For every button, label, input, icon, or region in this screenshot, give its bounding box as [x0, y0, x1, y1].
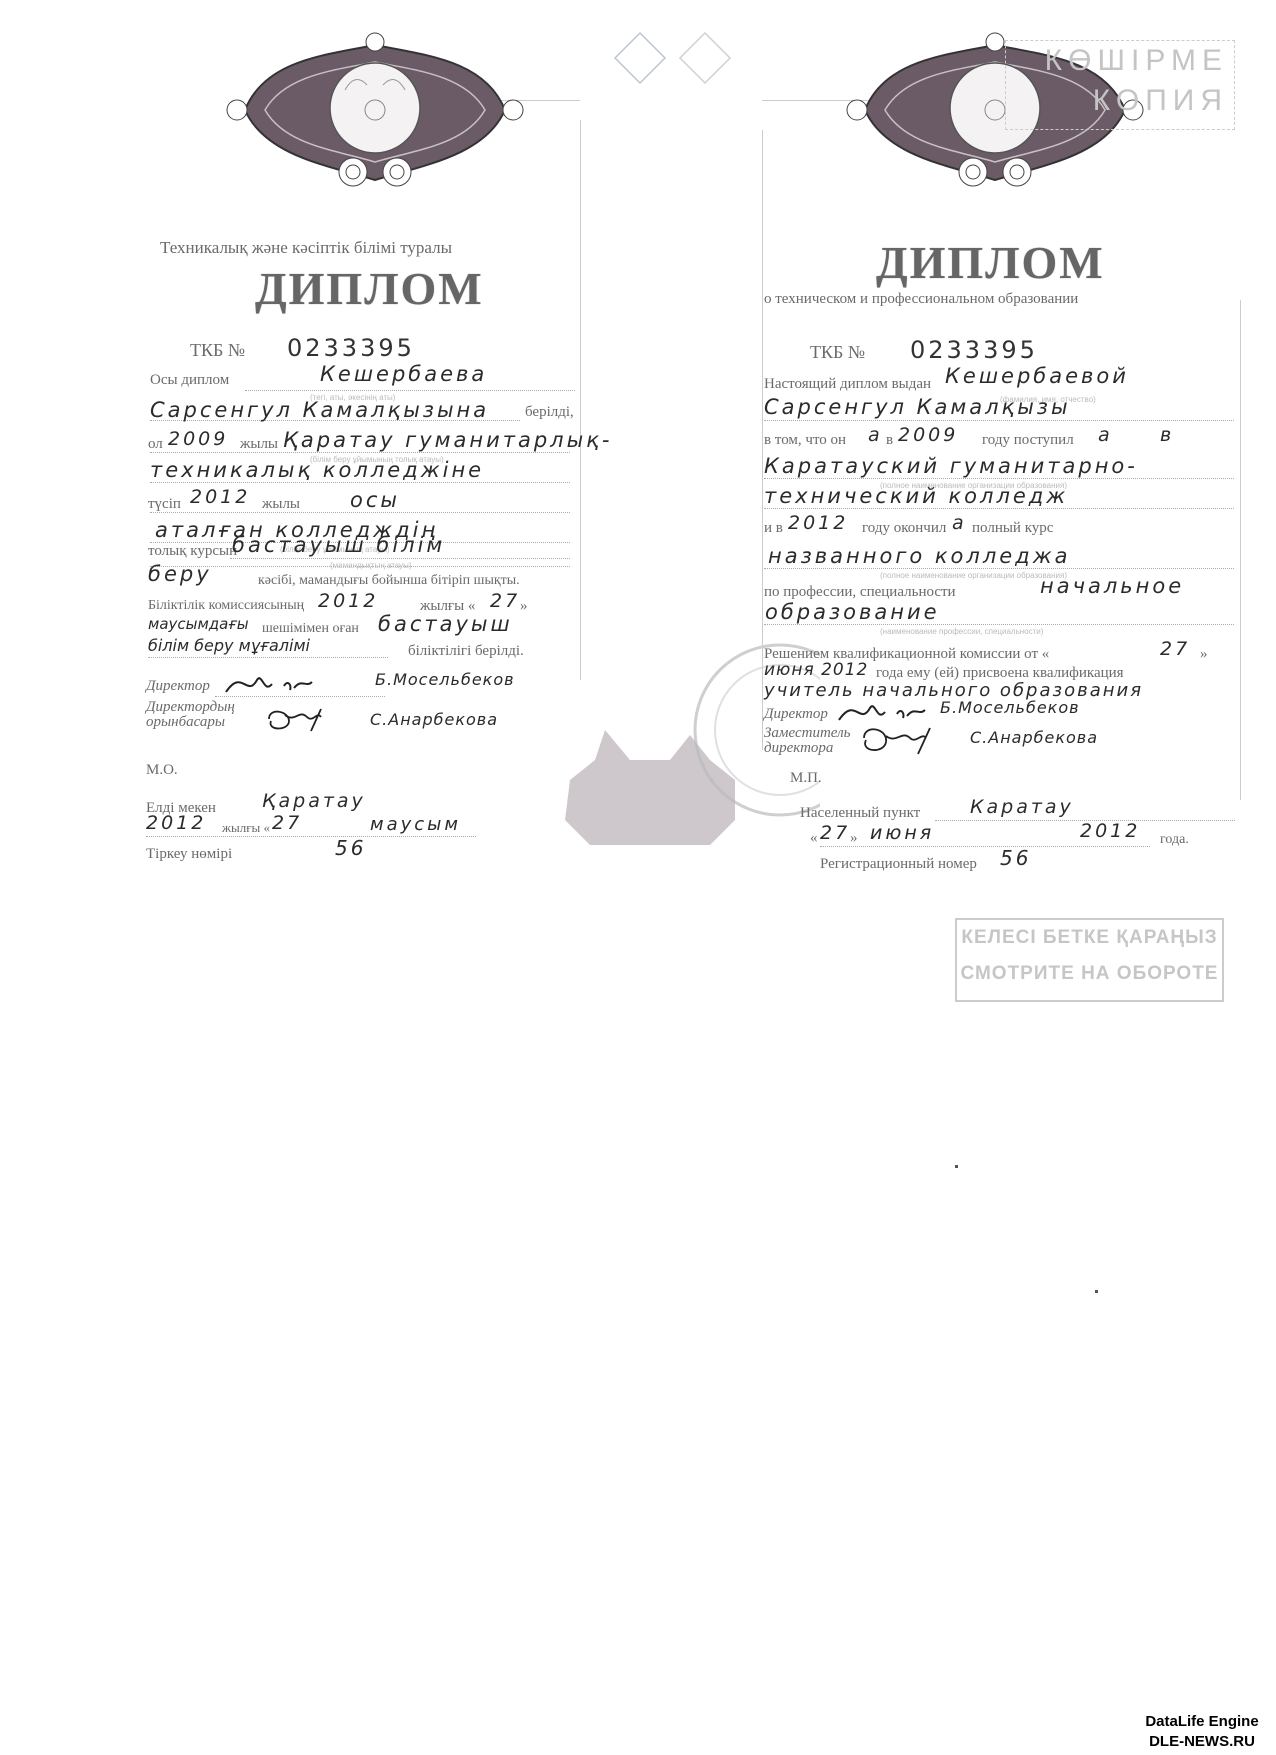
watermark-line2: DLE-NEWS.RU [1128, 1732, 1276, 1752]
left-date-month: маусым [370, 814, 461, 835]
right-entered-label: году поступил [982, 432, 1074, 449]
left-specialty-suffix: кәсібі, мамандығы бойынша бітіріп шықты. [258, 573, 520, 589]
left-decision-label: шешімімен оған [262, 621, 359, 637]
left-date-year-label: жылғы « [222, 820, 270, 836]
left-commission-year: 2012 [318, 590, 378, 612]
left-year-finish: 2012 [190, 486, 250, 508]
right-page-border-right [1240, 300, 1241, 800]
fill-line [230, 558, 570, 559]
left-full-course-label: толық курсын [148, 543, 237, 560]
left-deputy-label: Директордың орынбасары [146, 700, 235, 730]
left-commission-day-close: » [520, 598, 528, 615]
left-series-number: 0233395 [287, 334, 415, 362]
site-watermark: DataLife Engine DLE-NEWS.RU [1128, 1712, 1276, 1752]
right-deputy-label-line1: Заместитель [764, 726, 850, 741]
right-page-border [762, 130, 763, 750]
left-deputy-label-line2: орынбасары [146, 715, 235, 730]
left-qualification-line1: бастауыш [378, 612, 513, 636]
left-place-value: Қаратау [262, 790, 366, 812]
left-specialty-line1: бастауыш білім [232, 533, 445, 557]
right-series-number: 0233395 [910, 336, 1038, 364]
fill-line [820, 846, 1150, 847]
right-director-label: Директор [764, 706, 828, 723]
right-date-year-label: года. [1160, 832, 1189, 848]
left-entered-label: түсіп [148, 496, 181, 513]
right-date-year: 2012 [1080, 820, 1140, 842]
right-director-name: Б.Мосельбеков [940, 698, 1080, 717]
fill-line [764, 508, 1234, 509]
left-first-patronymic: Сарсенгул Камалқызына [150, 398, 489, 422]
left-qualification-suffix: біліктілігі берілді. [408, 643, 524, 660]
right-in-label: в [886, 432, 893, 449]
right-hint-spec: (наименование профессии, специальности) [880, 627, 1043, 636]
right-gender-suffix: а [868, 424, 883, 446]
right-surname: Кешербаевой [945, 364, 1129, 388]
fill-line [148, 657, 388, 658]
watermark-line1: DataLife Engine [1128, 1712, 1276, 1732]
deputy-signature-icon [265, 705, 335, 733]
right-seal-label: М.П. [790, 770, 822, 787]
right-date-open: « [810, 830, 818, 847]
right-college-line2: технический колледж [764, 484, 1068, 508]
right-year-finish: 2012 [788, 512, 848, 534]
scan-speck [1095, 1290, 1098, 1293]
right-specialty-label: по профессии, специальности [764, 584, 956, 601]
fill-line [215, 696, 385, 697]
left-title: ДИПЛОМ [255, 262, 484, 315]
see-reverse-stamp-line1: КЕЛЕСІ БЕТКЕ ҚАРАҢЫЗ [957, 920, 1222, 956]
right-first-patronymic: Сарсенгул Камалқызы [764, 395, 1071, 419]
left-seal-label: М.О. [146, 762, 178, 779]
fill-line [146, 836, 476, 837]
left-hint-spec: (мамандықтың атауы) [330, 561, 412, 570]
right-named-line: названного колледжа [768, 544, 1070, 568]
fill-line [764, 478, 1234, 479]
state-emblem-ornament-icon [225, 30, 525, 205]
left-line1-label: Осы диплом [150, 372, 229, 389]
left-date-day: 27 [272, 812, 302, 834]
right-hint-org: (полное наименование организации образов… [880, 571, 1067, 580]
right-reg-value: 56 [1000, 846, 1031, 870]
see-reverse-stamp: КЕЛЕСІ БЕТКЕ ҚАРАҢЫЗ СМОТРИТЕ НА ОБОРОТЕ [955, 918, 1224, 1002]
left-ol-label: ол [148, 436, 163, 453]
left-date-year: 2012 [146, 812, 206, 834]
right-deputy-label: Заместитель директора [764, 726, 850, 756]
left-specialty-line2: беру [148, 562, 212, 586]
right-specialty-line2: образование [765, 600, 940, 624]
right-in-label2: в [1160, 424, 1174, 446]
left-issued-label: берілді, [525, 404, 574, 421]
right-place-label: Населенный пункт [800, 805, 920, 822]
fill-line [245, 390, 575, 391]
right-finished-prefix: и в [764, 520, 783, 537]
right-reg-label: Регистрационный номер [820, 856, 977, 873]
right-decision-day: 27 [1160, 638, 1190, 660]
left-deputy-label-line1: Директордың [146, 700, 235, 715]
see-reverse-stamp-line2: СМОТРИТЕ НА ОБОРОТЕ [957, 956, 1222, 992]
right-date-month: июня [870, 822, 934, 844]
left-college-line1: Қаратау гуманитарлық- [283, 428, 612, 452]
left-commission-month: маусымдағы [148, 615, 249, 633]
left-qualification-line2: білім беру мұғалімі [148, 636, 310, 655]
left-named-word: осы [350, 488, 400, 512]
right-specialty-line1: начальное [1040, 574, 1184, 598]
left-subtitle: Техникалық және кәсіптік білімі туралы [160, 238, 452, 258]
fill-line [150, 482, 570, 483]
right-place-value: Каратау [970, 796, 1074, 818]
left-deputy-name: С.Анарбекова [370, 710, 498, 729]
right-finished-label: году окончил [862, 520, 946, 537]
right-gender-suffix3: а [952, 512, 967, 534]
right-subtitle: о техническом и профессиональном образов… [764, 291, 1078, 308]
deputy-signature-icon [860, 724, 950, 758]
left-director-label: Директор [146, 678, 210, 695]
fill-line [150, 452, 570, 453]
right-decision-month-year: июня 2012 [764, 660, 868, 680]
director-signature-icon [222, 668, 322, 698]
right-series-label: ТКБ № [810, 342, 865, 363]
diamond-ornament-icon [595, 28, 735, 88]
right-date-day: 27 [820, 822, 850, 844]
left-reg-value: 56 [335, 836, 366, 860]
copy-stamp: КӨШІРМЕ КОПИЯ [1005, 40, 1235, 130]
fill-line [764, 420, 1234, 421]
right-in-that-label: в том, что он [764, 432, 846, 449]
fill-line [764, 568, 1234, 569]
left-year-label: жылы [240, 436, 278, 453]
left-surname: Кешербаева [320, 362, 487, 386]
right-deputy-label-line2: директора [764, 741, 850, 756]
fill-line [764, 624, 1234, 625]
right-issued-label: Настоящий диплом выдан [764, 376, 931, 393]
left-year-label2: жылы [262, 496, 300, 513]
copy-stamp-line1: КӨШІРМЕ [1006, 41, 1228, 81]
left-series-label: ТКБ № [190, 340, 245, 361]
left-page-border [580, 120, 581, 680]
fill-line [150, 512, 570, 513]
left-year-enter: 2009 [168, 428, 228, 450]
right-title: ДИПЛОМ [876, 236, 1105, 289]
copy-stamp-line2: КОПИЯ [1006, 81, 1228, 121]
right-deputy-name: С.Анарбекова [970, 728, 1098, 747]
director-signature-icon [835, 696, 930, 724]
right-date-close: » [850, 830, 858, 847]
left-commission-day: 27 [490, 590, 520, 612]
scan-speck [955, 1165, 958, 1168]
right-gender-suffix2: а [1098, 424, 1113, 446]
right-decision-close: » [1200, 646, 1208, 663]
right-year-enter: 2009 [898, 424, 958, 446]
left-college-line2: техникалық колледжіне [150, 458, 484, 482]
right-college-line1: Каратауский гуманитарно- [764, 454, 1138, 478]
left-commission-label: Біліктілік комиссиясының [148, 598, 304, 614]
left-director-name: Б.Мосельбеков [375, 670, 515, 689]
left-reg-label: Тіркеу нөмірі [146, 846, 232, 863]
right-full-course-label: полный курс [972, 520, 1053, 537]
